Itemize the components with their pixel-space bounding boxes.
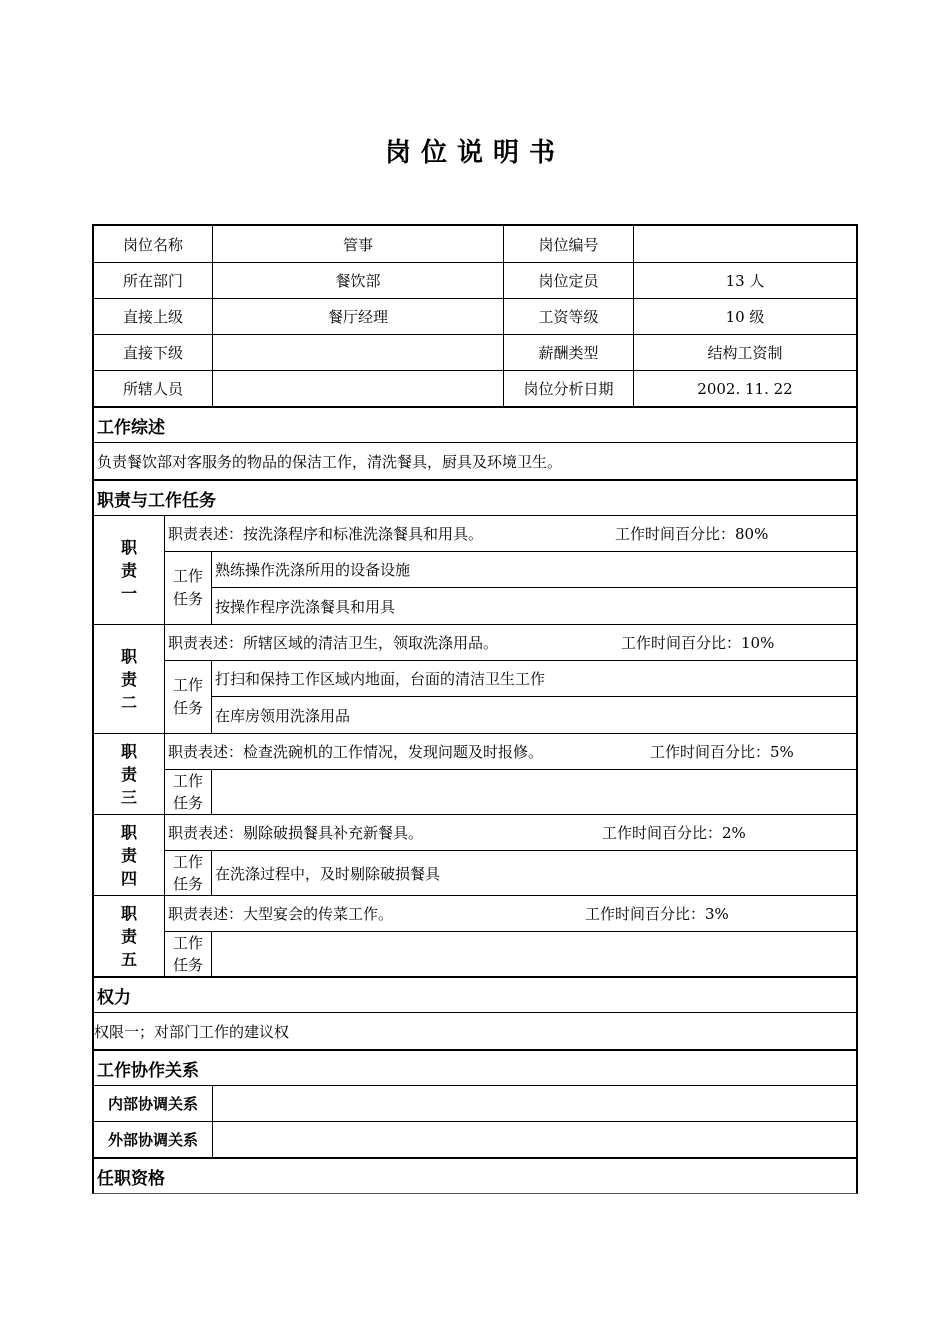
value-headcount: 13 人 bbox=[633, 262, 856, 298]
internal-relations-label: 内部协调关系 bbox=[94, 1085, 212, 1121]
duty-3-statement: 职责表述：检查洗碗机的工作情况，发现问题及时报修。 工作时间百分比：5% bbox=[164, 733, 856, 769]
duty-4-label: 职责四 bbox=[94, 814, 164, 895]
label-headcount: 岗位定员 bbox=[503, 262, 633, 298]
value-salary-grade: 10 级 bbox=[633, 298, 856, 334]
duty-1-label: 职责一 bbox=[94, 515, 164, 624]
duty-2-statement: 职责表述：所辖区域的清洁卫生，领取洗涤用品。 工作时间百分比：10% bbox=[164, 624, 856, 660]
value-position-name: 管事 bbox=[212, 226, 503, 262]
authority-text: 权限一；对部门工作的建议权 bbox=[94, 1012, 856, 1049]
external-relations-value bbox=[212, 1121, 856, 1157]
authority-heading: 权力 bbox=[94, 976, 856, 1012]
value-direct-subordinate bbox=[212, 334, 503, 370]
label-staff: 所辖人员 bbox=[94, 370, 212, 406]
duty-1-task-1: 熟练操作洗涤所用的设备设施 bbox=[211, 551, 856, 587]
duty-3-task-label: 工作任务 bbox=[164, 769, 211, 814]
duty-2-label: 职责二 bbox=[94, 624, 164, 733]
duty-3-percent: 工作时间百分比：5% bbox=[650, 741, 794, 762]
label-pay-type: 薪酬类型 bbox=[503, 334, 633, 370]
value-department: 餐饮部 bbox=[212, 262, 503, 298]
duty-3-label: 职责三 bbox=[94, 733, 164, 814]
value-position-code bbox=[633, 226, 856, 262]
job-description-table: 岗位名称 管事 岗位编号 所在部门 餐饮部 岗位定员 13 人 直接上级 餐厅经… bbox=[92, 224, 858, 1194]
label-direct-subordinate: 直接下级 bbox=[94, 334, 212, 370]
duty-4-percent: 工作时间百分比：2% bbox=[602, 822, 746, 843]
duty-3-task-1 bbox=[211, 769, 856, 814]
duty-2-percent: 工作时间百分比：10% bbox=[621, 632, 774, 653]
internal-relations-value bbox=[212, 1085, 856, 1121]
label-analysis-date: 岗位分析日期 bbox=[503, 370, 633, 406]
external-relations-label: 外部协调关系 bbox=[94, 1121, 212, 1157]
value-pay-type: 结构工资制 bbox=[633, 334, 856, 370]
duty-5-statement: 职责表述：大型宴会的传菜工作。 工作时间百分比：3% bbox=[164, 895, 856, 931]
document-title: 岗位说明书 bbox=[0, 132, 950, 169]
duty-5-task-1 bbox=[211, 931, 856, 976]
duty-2-task-2: 在库房领用洗涤用品 bbox=[211, 696, 856, 733]
duty-2-task-label: 工作任务 bbox=[164, 660, 211, 733]
duty-1-task-2: 按操作程序洗涤餐具和用具 bbox=[211, 587, 856, 624]
duty-4-task-1: 在洗涤过程中，及时剔除破损餐具 bbox=[211, 850, 856, 895]
value-direct-superior: 餐厅经理 bbox=[212, 298, 503, 334]
duty-2-task-1: 打扫和保持工作区域内地面，台面的清洁卫生工作 bbox=[211, 660, 856, 696]
duty-5-task-label: 工作任务 bbox=[164, 931, 211, 976]
duty-4-task-label: 工作任务 bbox=[164, 850, 211, 895]
cooperation-heading: 工作协作关系 bbox=[94, 1049, 856, 1085]
duty-5-percent: 工作时间百分比：3% bbox=[585, 903, 729, 924]
duty-1-percent: 工作时间百分比：80% bbox=[615, 523, 768, 544]
label-position-name: 岗位名称 bbox=[94, 226, 212, 262]
value-analysis-date: 2002. 11. 22 bbox=[633, 370, 856, 406]
label-position-code: 岗位编号 bbox=[503, 226, 633, 262]
duty-1-statement: 职责表述：按洗涤程序和标准洗涤餐具和用具。 工作时间百分比：80% bbox=[164, 515, 856, 551]
summary-heading: 工作综述 bbox=[94, 406, 856, 442]
label-department: 所在部门 bbox=[94, 262, 212, 298]
qualification-heading: 任职资格 bbox=[94, 1157, 856, 1193]
duties-heading: 职责与工作任务 bbox=[94, 479, 856, 515]
duty-1-task-label: 工作任务 bbox=[164, 551, 211, 624]
value-staff bbox=[212, 370, 503, 406]
summary-text: 负责餐饮部对客服务的物品的保洁工作，清洗餐具，厨具及环境卫生。 bbox=[94, 442, 856, 479]
duty-4-statement: 职责表述：剔除破损餐具补充新餐具。 工作时间百分比：2% bbox=[164, 814, 856, 850]
label-direct-superior: 直接上级 bbox=[94, 298, 212, 334]
duty-5-label: 职责五 bbox=[94, 895, 164, 976]
label-salary-grade: 工资等级 bbox=[503, 298, 633, 334]
